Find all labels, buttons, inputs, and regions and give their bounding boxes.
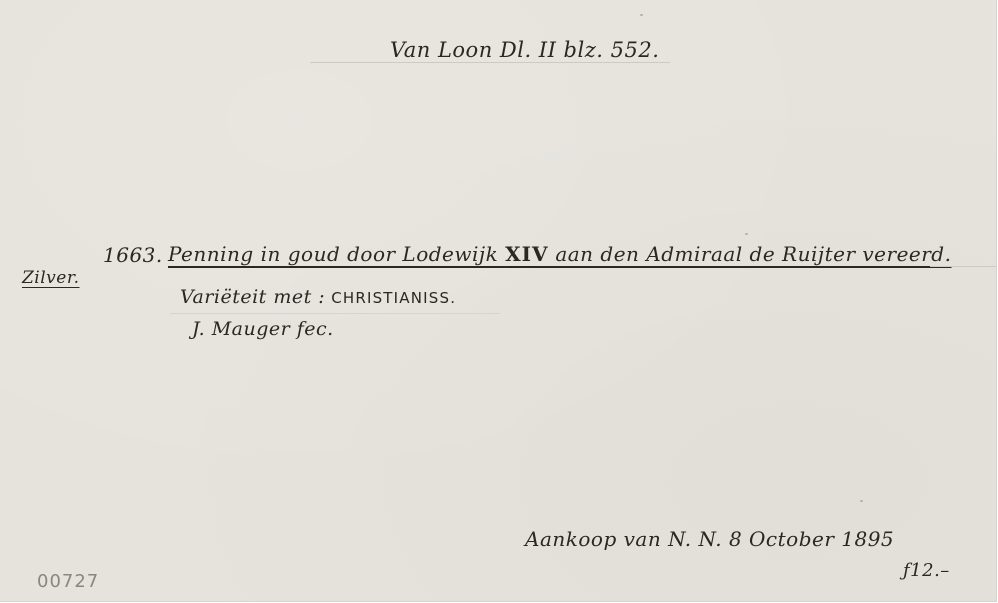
paper-speck xyxy=(745,233,748,235)
price-note: ƒ12.– xyxy=(903,560,950,581)
medal-year: 1663. xyxy=(103,243,163,267)
variety-rule xyxy=(170,313,500,314)
variety-line: Variëteit met :CHRISTIANISS. xyxy=(180,286,456,308)
variety-legend: CHRISTIANISS. xyxy=(331,289,456,307)
medal-title-part-1: Penning in goud door Lodewijk xyxy=(168,242,505,266)
catalogue-reference: Van Loon Dl. II blz. 552. xyxy=(390,38,659,62)
medal-title: Penning in goud door Lodewijk XIV aan de… xyxy=(168,242,951,266)
acquisition-note: Aankoop van N. N. 8 October 1895 xyxy=(525,527,894,551)
medal-title-part-2: aan den Admiraal de Ruijter vereerd. xyxy=(548,242,951,266)
catalogue-card: Van Loon Dl. II blz. 552. Zilver. 1663. … xyxy=(0,0,997,602)
title-rule xyxy=(930,266,996,267)
medal-title-roman-numeral: XIV xyxy=(505,242,548,266)
paper-speck xyxy=(860,500,863,502)
variety-label: Variëteit met : xyxy=(180,286,325,308)
engraver-signature: J. Mauger fec. xyxy=(192,318,334,340)
paper-speck xyxy=(640,14,643,16)
header-rule xyxy=(310,62,670,63)
metal-label: Zilver. xyxy=(22,268,80,288)
inventory-number: 00727 xyxy=(37,571,99,592)
